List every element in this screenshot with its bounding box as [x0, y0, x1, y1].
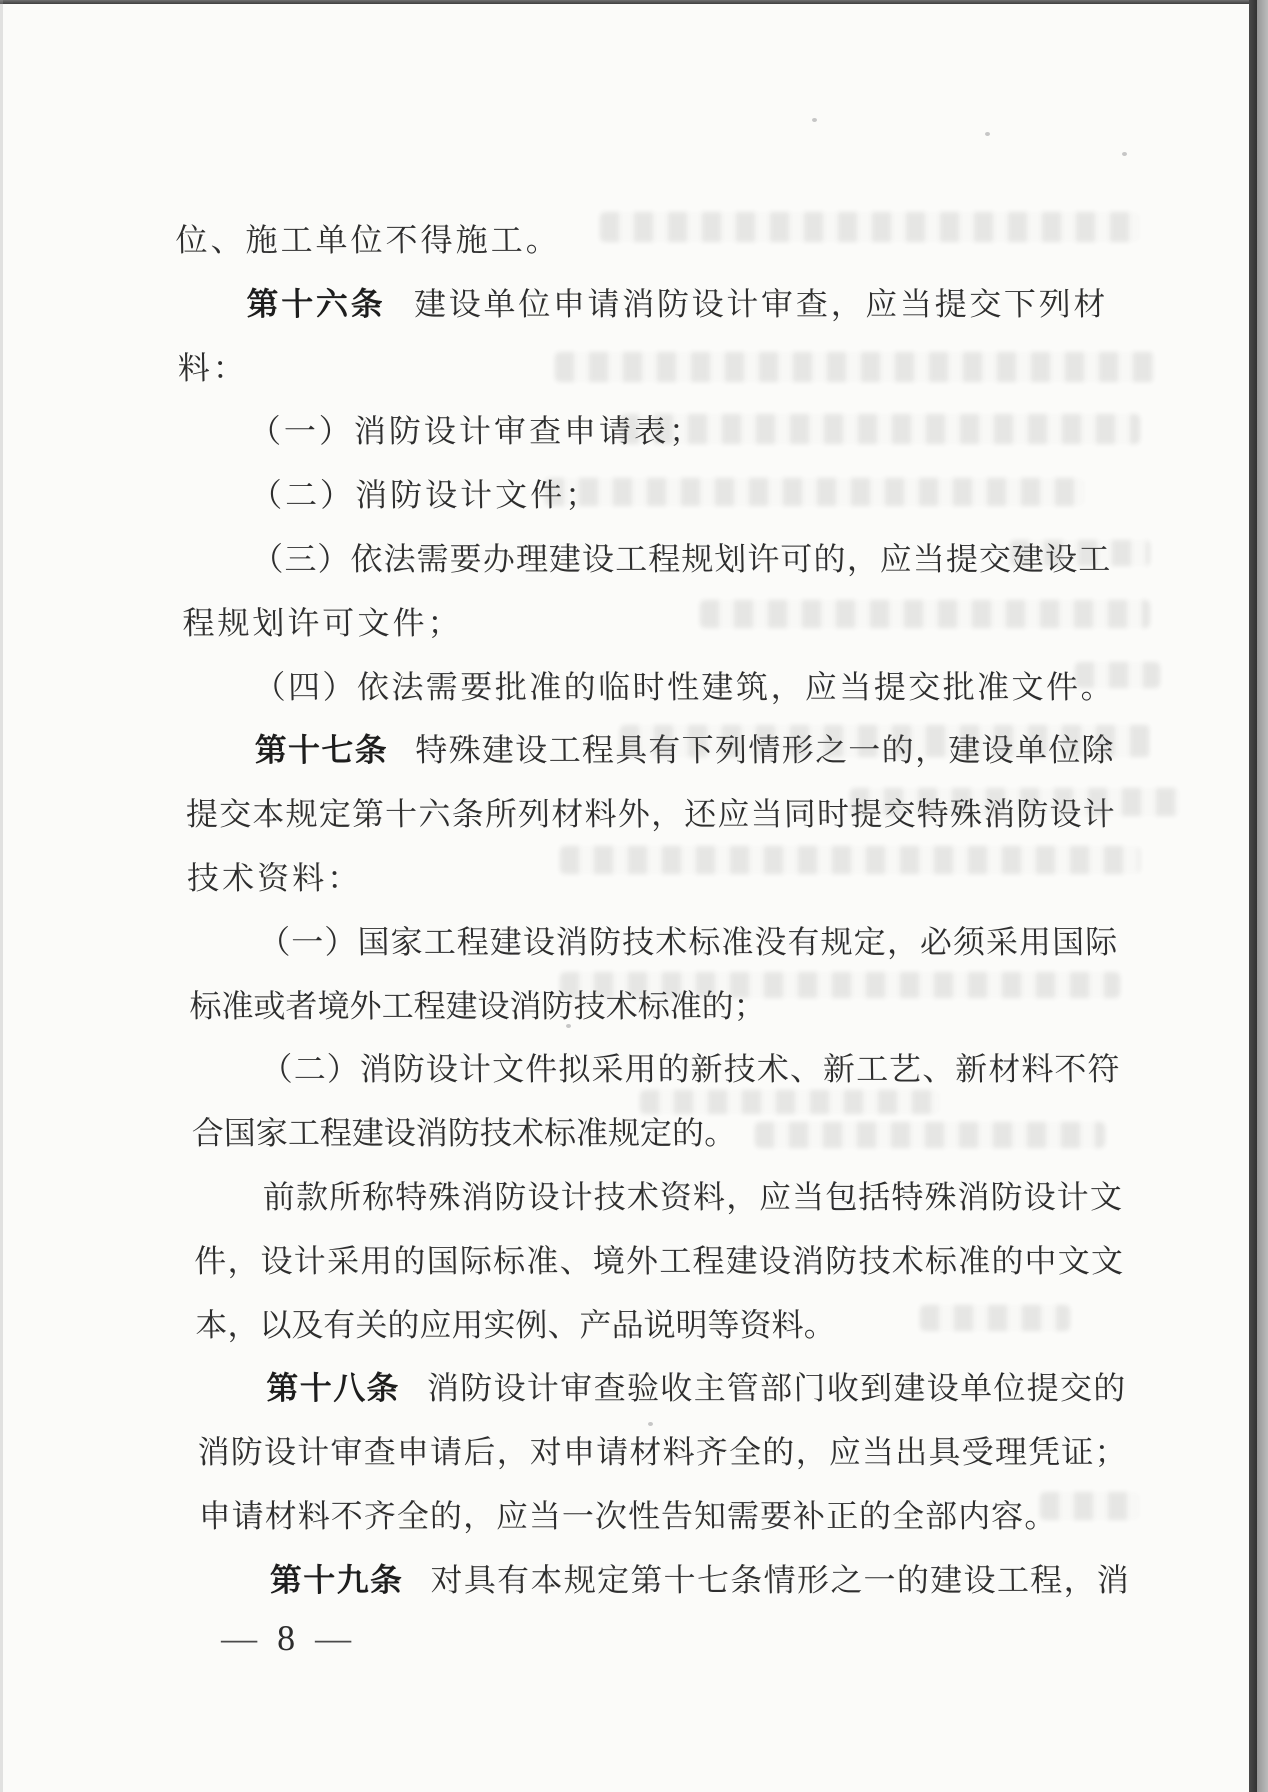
char: 防	[990, 1176, 1023, 1218]
char: 后	[463, 1431, 496, 1473]
char: 材	[1073, 283, 1106, 325]
char: 文	[1091, 1240, 1124, 1282]
article-heading-char: 条	[350, 283, 383, 325]
char: 六	[418, 793, 451, 835]
text-line: 程规划许可文件；	[182, 602, 460, 644]
char: 。	[803, 1304, 836, 1346]
char: 料	[292, 857, 325, 899]
char: 应	[496, 1495, 529, 1537]
char: 应	[717, 793, 750, 835]
article-line: 第十八条消防设计审查验收主管部门收到建设单位提交的	[266, 1367, 1126, 1409]
char: 新	[955, 1048, 988, 1090]
char: 位	[518, 283, 551, 325]
char: 主	[693, 1367, 726, 1409]
char: 程	[648, 538, 681, 580]
char: 单	[483, 283, 516, 325]
char: 不	[1054, 1048, 1087, 1090]
char: 审	[560, 1367, 593, 1409]
char: 采	[327, 1240, 360, 1282]
char: 申	[397, 1431, 430, 1473]
bleed-through-artifact	[700, 600, 1150, 628]
article-heading-char: 第	[266, 1367, 299, 1409]
char: ）	[326, 1048, 359, 1090]
char: ，	[886, 921, 919, 963]
bleed-through-artifact	[1075, 662, 1160, 688]
char: 前	[263, 1176, 296, 1218]
char: 应	[759, 1176, 792, 1218]
char: ：	[327, 857, 360, 899]
char: 用	[451, 1304, 484, 1346]
char: 位	[175, 219, 208, 261]
char: ；	[427, 602, 460, 644]
char: 列	[518, 793, 551, 835]
char: 提	[186, 793, 219, 835]
char: 所	[329, 1176, 362, 1218]
char: 门	[793, 1367, 826, 1409]
char: 计	[560, 1176, 593, 1218]
bleed-through-artifact	[600, 212, 1140, 242]
char: 资	[257, 857, 290, 899]
char: ）	[319, 410, 352, 452]
char: ，	[770, 666, 803, 708]
char: 筑	[736, 666, 769, 708]
char: 对	[430, 1559, 463, 1601]
char: 计	[297, 1431, 330, 1473]
char: 设	[260, 1240, 293, 1282]
char: 防	[460, 1367, 493, 1409]
char: 材	[629, 1431, 662, 1473]
dust-speck	[648, 1422, 653, 1426]
char: 许	[747, 538, 780, 580]
char: 要	[449, 538, 482, 580]
char: 资	[659, 1176, 692, 1218]
char: 全	[892, 1495, 925, 1537]
char: 计	[527, 1367, 560, 1409]
char: 艺	[889, 1048, 922, 1090]
char: 审	[761, 283, 794, 325]
char: 术	[222, 857, 255, 899]
char: ：	[212, 347, 245, 389]
char: 理	[515, 538, 548, 580]
char: 防	[230, 1431, 263, 1473]
char: 查	[363, 1431, 396, 1473]
char: 单	[315, 219, 348, 261]
char: 收	[660, 1367, 693, 1409]
char: 消	[792, 1240, 825, 1282]
char: 特	[415, 729, 448, 771]
char: 采	[591, 1048, 624, 1090]
char: 位	[993, 1367, 1026, 1409]
char: 理	[994, 1431, 1027, 1473]
char: 性	[628, 1495, 661, 1537]
char: 外	[626, 1240, 659, 1282]
char: 建	[414, 283, 447, 325]
char: 、	[922, 1048, 955, 1090]
char: 国	[1052, 921, 1085, 963]
article-heading-char: 条	[354, 729, 387, 771]
char: 当	[839, 666, 872, 708]
char: 有	[497, 1559, 530, 1601]
char: ，	[463, 1495, 496, 1537]
article-heading-char: 第	[270, 1559, 303, 1601]
char: 新	[823, 1048, 856, 1090]
char: 的	[859, 1495, 892, 1537]
dust-speck	[812, 118, 817, 122]
text-line: （二）消防设计文件拟采用的新技术、新工艺、新材料不符	[260, 1048, 1120, 1090]
char: 设	[582, 538, 615, 580]
char: 防	[494, 1176, 527, 1218]
char: 文	[357, 602, 390, 644]
char: 技	[187, 857, 220, 899]
char: 申	[564, 410, 597, 452]
char: 十	[663, 1559, 696, 1601]
char: 建	[482, 729, 515, 771]
article-heading-char: 九	[336, 1559, 369, 1601]
page-number-dash-right: —	[315, 1616, 352, 1660]
char: 请	[231, 1495, 264, 1537]
char: 办	[482, 538, 515, 580]
article-heading-char: 八	[333, 1367, 366, 1409]
char: 、	[789, 1048, 822, 1090]
char: 定	[640, 1112, 673, 1154]
char: 交	[1060, 1367, 1093, 1409]
char: 程	[1030, 1559, 1063, 1601]
char: 条	[730, 1559, 763, 1601]
char: 应	[419, 1304, 452, 1346]
bleed-through-artifact	[555, 352, 1155, 382]
char: 查	[795, 283, 828, 325]
char: 称	[362, 1176, 395, 1218]
char: 等	[707, 1304, 740, 1346]
char: 或	[253, 985, 286, 1027]
char: 位	[350, 219, 383, 261]
char: 申	[198, 1495, 231, 1537]
char: 品	[611, 1304, 644, 1346]
char: 及	[291, 1304, 324, 1346]
char: 准	[958, 1240, 991, 1282]
char: 本	[252, 793, 285, 835]
char: 规	[681, 538, 714, 580]
char: 文	[1011, 666, 1044, 708]
text-line: 位、施工单位不得施工。	[175, 219, 558, 261]
char: 依	[350, 538, 383, 580]
char: 请	[596, 1431, 629, 1473]
char: 明	[675, 1304, 708, 1346]
char: 条	[451, 793, 484, 835]
char: 标	[493, 1240, 526, 1282]
char: 当	[792, 1176, 825, 1218]
char: 一	[284, 410, 317, 452]
char: 的	[672, 1112, 705, 1154]
char: 需	[416, 538, 449, 580]
bleed-through-artifact	[620, 414, 1140, 444]
char: 法	[383, 538, 416, 580]
scanned-document-page: — 8 — 位、施工单位不得施工。第十六条建设单位申请消防设计审查，应当提交下列…	[0, 0, 1268, 1792]
char: 规	[608, 1112, 641, 1154]
char: 家	[390, 921, 423, 963]
char: ，	[227, 1240, 260, 1282]
char: 防	[825, 1240, 858, 1282]
char: 准	[576, 1112, 609, 1154]
char: 容	[991, 1495, 1024, 1537]
bleed-through-artifact	[560, 846, 1140, 874]
char: 准	[977, 666, 1010, 708]
char: 当	[862, 1431, 895, 1473]
char: 二	[285, 474, 318, 516]
text-line: 本，以及有关的应用实例、产品说明等资料。	[195, 1304, 836, 1346]
char: 性	[667, 666, 700, 708]
char: 定	[597, 1559, 630, 1601]
article-heading-char: 第	[246, 283, 279, 325]
char: 到	[860, 1367, 893, 1409]
char: 料	[584, 793, 617, 835]
char: 设	[1023, 1176, 1056, 1218]
char: 外	[349, 985, 382, 1027]
char: 建	[445, 985, 478, 1027]
char: 的	[387, 1304, 420, 1346]
char: 设	[264, 1431, 297, 1473]
char: ，	[496, 1431, 529, 1473]
char: 者	[285, 985, 318, 1027]
char: 请	[587, 283, 620, 325]
article-heading-char: 七	[321, 729, 354, 771]
char: 技	[622, 921, 655, 963]
char: 可	[780, 538, 813, 580]
char: 请	[430, 1431, 463, 1473]
char: 时	[632, 666, 665, 708]
bleed-through-artifact	[560, 972, 1120, 998]
char: ，	[227, 1304, 260, 1346]
char: 国	[357, 921, 390, 963]
char: 建	[701, 666, 734, 708]
article-heading-char: 六	[316, 283, 349, 325]
text-line: （三）依法需要办理建设工程规划许可的，应当提交建设工	[251, 538, 1111, 580]
char: 境	[317, 985, 350, 1027]
article-line: 第十六条建设单位申请消防设计审查，应当提交下列材	[246, 283, 1106, 325]
char: 料	[297, 1495, 330, 1537]
scan-edge-right-line	[1249, 0, 1257, 1792]
char: 可	[322, 602, 355, 644]
char: 申	[563, 1431, 596, 1473]
char: 十	[385, 793, 418, 835]
char: 施	[245, 219, 278, 261]
char: 件	[392, 602, 425, 644]
char: 应	[828, 1431, 861, 1473]
char: 技	[593, 1176, 626, 1218]
char: 一	[562, 1495, 595, 1537]
char: 应	[804, 666, 837, 708]
char: 的	[896, 1559, 929, 1601]
document-text-block: — 8 — 位、施工单位不得施工。第十六条建设单位申请消防设计审查，应当提交下列…	[171, 0, 1133, 1792]
char: 的	[1093, 1367, 1126, 1409]
char: 程	[413, 985, 446, 1027]
char: 依	[357, 666, 390, 708]
char: 设	[758, 1240, 791, 1282]
char: 拟	[558, 1048, 591, 1090]
char: ；	[1094, 1431, 1127, 1473]
char: 关	[355, 1304, 388, 1346]
char: ，	[1063, 1559, 1096, 1601]
char: 消	[359, 1048, 392, 1090]
char: ）	[324, 921, 357, 963]
char: ）	[317, 538, 350, 580]
char: 内	[958, 1495, 991, 1537]
char: 的	[430, 1495, 463, 1537]
char: 消	[957, 1176, 990, 1218]
char: 术	[626, 1176, 659, 1218]
char: 次	[595, 1495, 628, 1537]
char: 审	[494, 410, 527, 452]
char: 齐	[696, 1431, 729, 1473]
page-number-value: 8	[277, 1616, 296, 1660]
char: 交	[908, 666, 941, 708]
char: 设	[426, 1048, 459, 1090]
char: 件	[1046, 666, 1079, 708]
char: 殊	[924, 1176, 957, 1218]
char: 件	[194, 1240, 227, 1282]
char: 施	[455, 219, 488, 261]
char: 工	[996, 1559, 1029, 1601]
scan-edge-right-band	[1257, 0, 1268, 1792]
char: 材	[551, 793, 584, 835]
char: 的	[393, 1240, 426, 1282]
char: 定	[318, 793, 351, 835]
char: 料	[662, 1431, 695, 1473]
char: 部	[925, 1495, 958, 1537]
char: 七	[697, 1559, 730, 1601]
char: 技	[858, 1240, 891, 1282]
char: 例	[515, 1304, 548, 1346]
char: 术	[655, 921, 688, 963]
char: 建	[725, 1240, 758, 1282]
char: 需	[727, 1495, 760, 1537]
char: 防	[657, 283, 690, 325]
char: 国	[426, 1240, 459, 1282]
char: 工	[548, 729, 581, 771]
page-number-dash-left: —	[221, 1616, 258, 1660]
char: 必	[919, 921, 952, 963]
text-line: 消防设计审查申请后，对申请材料齐全的，应当出具受理凭证；	[197, 1431, 1127, 1473]
char: 规	[285, 793, 318, 835]
char: 全	[396, 1495, 429, 1537]
char: 计	[460, 474, 493, 516]
char: （	[250, 474, 283, 516]
char: 收	[826, 1367, 859, 1409]
char: 提	[873, 666, 906, 708]
char: 查	[593, 1367, 626, 1409]
char: 括	[858, 1176, 891, 1218]
char: 有	[787, 921, 820, 963]
char: 提	[946, 538, 979, 580]
char: 标	[544, 1112, 577, 1154]
char: 准	[721, 921, 754, 963]
char: 。	[525, 219, 558, 261]
char: 全	[729, 1431, 762, 1473]
bleed-through-artifact	[640, 1090, 940, 1114]
char: 资	[739, 1304, 772, 1346]
char: 单	[960, 1367, 993, 1409]
char: 料	[177, 347, 210, 389]
char: 消	[622, 283, 655, 325]
char: 建	[489, 921, 522, 963]
char: 要	[760, 1495, 793, 1537]
char: 对	[529, 1431, 562, 1473]
char: ，	[795, 1431, 828, 1473]
char: 没	[754, 921, 787, 963]
char: 建	[930, 1559, 963, 1601]
char: 文	[1090, 1176, 1123, 1218]
char: 具	[928, 1431, 961, 1473]
char: 本	[195, 1304, 228, 1346]
char: 法	[391, 666, 424, 708]
char: 材	[264, 1495, 297, 1537]
char: 工	[287, 1112, 320, 1154]
char: 包	[825, 1176, 858, 1218]
char: 术	[891, 1240, 924, 1282]
char: 工	[856, 1048, 889, 1090]
char: 应	[865, 283, 898, 325]
char: 有	[323, 1304, 356, 1346]
char: 标	[189, 985, 222, 1027]
char: 一	[291, 921, 324, 963]
char: 查	[529, 410, 562, 452]
char: 用	[1019, 921, 1052, 963]
char: 时	[817, 793, 850, 835]
char: 程	[456, 921, 489, 963]
char: 不	[385, 219, 418, 261]
char: 设	[963, 1559, 996, 1601]
char: 料	[771, 1304, 804, 1346]
char: 计	[726, 283, 759, 325]
char: 符	[1087, 1048, 1120, 1090]
char: 证	[1061, 1431, 1094, 1473]
char: 技	[480, 1112, 513, 1154]
char: 计	[459, 1048, 492, 1090]
char: 、	[210, 219, 243, 261]
char: 交	[969, 283, 1002, 325]
char: 计	[459, 410, 492, 452]
char: 交	[979, 538, 1012, 580]
char: 、	[559, 1240, 592, 1282]
char: 消	[415, 1112, 448, 1154]
char: 还	[684, 793, 717, 835]
char: 料	[693, 1176, 726, 1218]
char: 说	[643, 1304, 676, 1346]
char: 批	[942, 666, 975, 708]
char: 程	[692, 1240, 725, 1282]
bleed-through-artifact	[545, 478, 1085, 506]
article-heading-char: 条	[370, 1559, 403, 1601]
char: 特	[891, 1176, 924, 1218]
char: 设	[424, 410, 457, 452]
char: 设	[527, 1176, 560, 1218]
char: 提	[1026, 1367, 1059, 1409]
char: 须	[953, 921, 986, 963]
text-line: 申请材料不齐全的，应当一次性告知需要补正的全部内容。	[198, 1495, 1056, 1537]
char: 消	[556, 921, 589, 963]
char: 凭	[1028, 1431, 1061, 1473]
char: 得	[420, 219, 453, 261]
char: 技	[723, 1048, 756, 1090]
char: ，	[830, 283, 863, 325]
char: 设	[691, 283, 724, 325]
char: 工	[381, 985, 414, 1027]
article-heading-char: 十	[303, 1559, 336, 1601]
char: 当	[900, 283, 933, 325]
char: 用	[624, 1048, 657, 1090]
article-heading-char: 第	[254, 729, 287, 771]
char: 采	[986, 921, 1019, 963]
